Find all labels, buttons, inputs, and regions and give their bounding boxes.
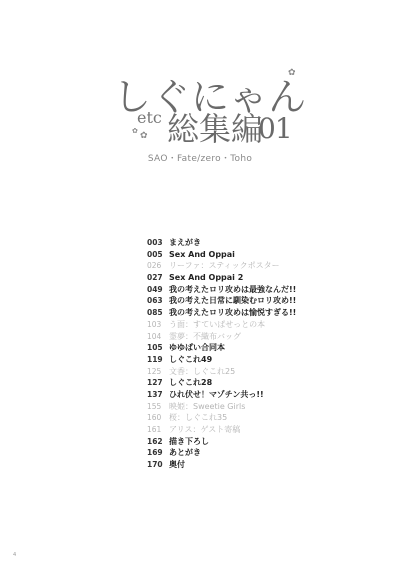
toc-page-number: 005 — [147, 249, 169, 261]
toc-page-number: 105 — [147, 342, 169, 354]
toc-title: アリス：ゲスト寄稿 — [169, 424, 240, 436]
toc-row: 063我の考えた日常に馴染むロリ攻め!! — [147, 295, 296, 307]
toc-row: 127しぐこれ28 — [147, 377, 296, 389]
toc-page-number: 137 — [147, 389, 169, 401]
toc-title: 霊夢：不織布バッグ — [169, 331, 241, 343]
toc-row: 160桜：しぐこれ35 — [147, 412, 296, 424]
toc-title: 描き下ろし — [169, 436, 209, 448]
flower-icon: ✿ — [140, 131, 148, 141]
toc-page-number: 119 — [147, 354, 169, 366]
toc-page-number: 125 — [147, 366, 169, 378]
flower-icon: ✿ — [132, 127, 138, 135]
toc-title: しぐこれ49 — [169, 354, 212, 366]
table-of-contents: 003まえがき005Sex And Oppai026リーファ：スティックポスター… — [147, 237, 296, 471]
toc-row: 170奥付 — [147, 459, 296, 471]
toc-page-number: 049 — [147, 284, 169, 296]
toc-page-number: 161 — [147, 424, 169, 436]
toc-page-number: 104 — [147, 331, 169, 343]
toc-row: 003まえがき — [147, 237, 296, 249]
toc-row: 085我の考えたロリ攻めは愉悦すぎる!! — [147, 307, 296, 319]
toc-title: 我の考えたロリ攻めは最強なんだ!! — [169, 284, 296, 296]
toc-title: 我の考えたロリ攻めは愉悦すぎる!! — [169, 307, 296, 319]
toc-title: 映姫：Sweetie Girls — [169, 401, 245, 413]
toc-row: 155映姫：Sweetie Girls — [147, 401, 296, 413]
toc-row: 005Sex And Oppai — [147, 249, 296, 261]
title-etc: etc — [137, 108, 162, 127]
toc-page-number: 026 — [147, 260, 169, 272]
title-sub: 総集編 — [167, 104, 263, 150]
toc-row: 105ゆゆぱい合同本 — [147, 342, 296, 354]
toc-title: 奥付 — [169, 459, 185, 471]
toc-row: 162描き下ろし — [147, 436, 296, 448]
page-number: 4 — [13, 552, 16, 558]
toc-page-number: 127 — [147, 377, 169, 389]
toc-page-number: 003 — [147, 237, 169, 249]
toc-page-number: 085 — [147, 307, 169, 319]
toc-title: まえがき — [169, 237, 201, 249]
toc-page-number: 027 — [147, 272, 169, 284]
toc-title: Sex And Oppai — [169, 249, 235, 261]
toc-page-number: 169 — [147, 447, 169, 459]
toc-page-number: 103 — [147, 319, 169, 331]
toc-title: ゆゆぱい合同本 — [169, 342, 225, 354]
toc-row: 137ひれ伏せ！マゾチン共っ!! — [147, 389, 296, 401]
toc-row: 026リーファ：スティックポスター — [147, 260, 296, 272]
series-subtitle: SAO・Fate/zero・Toho — [0, 151, 400, 164]
volume-number: 01 — [258, 112, 292, 145]
toc-title: 桜：しぐこれ35 — [169, 412, 227, 424]
toc-page-number: 155 — [147, 401, 169, 413]
flower-icon: ✿ — [288, 68, 296, 78]
toc-title: ひれ伏せ！マゾチン共っ!! — [169, 389, 264, 401]
toc-title: う面：すていぱせっとの本 — [169, 319, 265, 331]
toc-title: あとがき — [169, 447, 201, 459]
toc-page-number: 170 — [147, 459, 169, 471]
toc-title: リーファ：スティックポスター — [169, 260, 280, 272]
toc-row: 119しぐこれ49 — [147, 354, 296, 366]
toc-title: Sex And Oppai 2 — [169, 272, 243, 284]
toc-title: 我の考えた日常に馴染むロリ攻め!! — [169, 295, 296, 307]
toc-row: 103う面：すていぱせっとの本 — [147, 319, 296, 331]
toc-row: 125文香：しぐこれ25 — [147, 366, 296, 378]
toc-row: 049我の考えたロリ攻めは最強なんだ!! — [147, 284, 296, 296]
toc-page-number: 063 — [147, 295, 169, 307]
toc-row: 104霊夢：不織布バッグ — [147, 331, 296, 343]
toc-title: 文香：しぐこれ25 — [169, 366, 235, 378]
toc-page-number: 162 — [147, 436, 169, 448]
toc-row: 027Sex And Oppai 2 — [147, 272, 296, 284]
toc-page-number: 160 — [147, 412, 169, 424]
toc-row: 169あとがき — [147, 447, 296, 459]
toc-row: 161アリス：ゲスト寄稿 — [147, 424, 296, 436]
toc-title: しぐこれ28 — [169, 377, 212, 389]
